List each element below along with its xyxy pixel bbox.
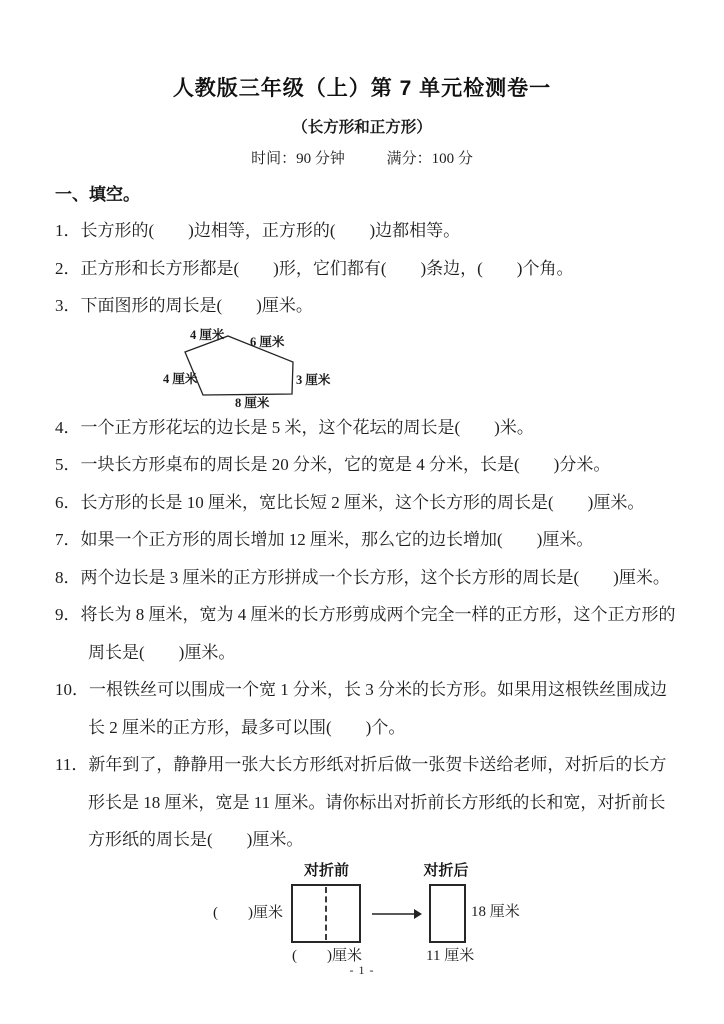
pentagon-top-right-label: 6 厘米 xyxy=(250,334,285,349)
pentagon-figure: 4 厘米 6 厘米 3 厘米 8 厘米 4 厘米 xyxy=(55,325,715,409)
after-fold-rectangle xyxy=(429,884,466,943)
after-fold-title: 对折后 xyxy=(423,863,469,880)
pentagon-svg: 4 厘米 6 厘米 3 厘米 8 厘米 4 厘米 xyxy=(155,325,340,409)
before-fold-rectangle xyxy=(291,884,361,943)
time-limit-label: 时间：90 分钟 xyxy=(251,151,345,167)
question-1: 1．长方形的( )边相等，正方形的( )边都相等。 xyxy=(55,212,715,250)
question-9: 9．将长为 8 厘米，宽为 4 厘米的长方形剪成两个完全一样的正方形，这个正方形… xyxy=(55,596,715,634)
pentagon-top-left-label: 4 厘米 xyxy=(190,327,225,342)
question-7: 7．如果一个正方形的周长增加 12 厘米，那么它的边长增加( )厘米。 xyxy=(55,521,715,559)
question-4: 4．一个正方形花坛的边长是 5 米，这个花坛的周长是( )米。 xyxy=(55,409,715,447)
question-2: 2．正方形和长方形都是( )形，它们都有( )条边，( )个角。 xyxy=(55,250,715,288)
doc-title: 人教版三年级（上）第 7 单元检测卷一 xyxy=(0,76,724,102)
question-11-continued-2: 方形纸的周长是( )厘米。 xyxy=(55,821,715,859)
exam-info: 时间：90 分钟 满分：100 分 xyxy=(0,149,724,169)
page-number: - 1 - xyxy=(0,963,724,978)
before-side-blank-label: ( )厘米 xyxy=(213,905,283,922)
question-10: 10．一根铁丝可以围成一个宽 1 分米，长 3 分米的长方形。如果用这根铁丝围成… xyxy=(55,671,715,709)
worksheet-page: 人教版三年级（上）第 7 单元检测卷一 （长方形和正方形） 时间：90 分钟 满… xyxy=(0,0,724,1024)
full-score-label: 满分：100 分 xyxy=(387,151,473,167)
fold-crease-dashed-line xyxy=(325,887,327,940)
after-side-label: 18 厘米 xyxy=(471,904,520,921)
pentagon-left-label: 4 厘米 xyxy=(163,371,198,386)
question-9-continued: 周长是( )厘米。 xyxy=(55,634,715,672)
pentagon-bottom-label: 8 厘米 xyxy=(235,395,270,409)
right-arrow-icon xyxy=(371,906,423,927)
before-fold-title: 对折前 xyxy=(291,863,362,880)
question-list: 1．长方形的( )边相等，正方形的( )边都相等。 2．正方形和长方形都是( )… xyxy=(55,212,715,859)
question-3: 3．下面图形的周长是( )厘米。 xyxy=(55,287,715,325)
question-6: 6．长方形的长是 10 厘米，宽比长短 2 厘米，这个长方形的周长是( )厘米。 xyxy=(55,484,715,522)
question-11: 11．新年到了，静静用一张大长方形纸对折后做一张贺卡送给老师，对折后的长方 xyxy=(55,746,715,784)
section-heading: 一、填空。 xyxy=(55,184,140,206)
question-5: 5．一块长方形桌布的周长是 20 分米，它的宽是 4 分米，长是( )分米。 xyxy=(55,446,715,484)
doc-subtitle: （长方形和正方形） xyxy=(0,118,724,138)
question-8: 8．两个边长是 3 厘米的正方形拼成一个长方形，这个长方形的周长是( )厘米。 xyxy=(55,559,715,597)
pentagon-right-label: 3 厘米 xyxy=(296,372,331,387)
question-11-continued-1: 形长是 18 厘米，宽是 11 厘米。请你标出对折前长方形纸的长和宽，对折前长 xyxy=(55,784,715,822)
question-10-continued: 长 2 厘米的正方形，最多可以围( )个。 xyxy=(55,709,715,747)
